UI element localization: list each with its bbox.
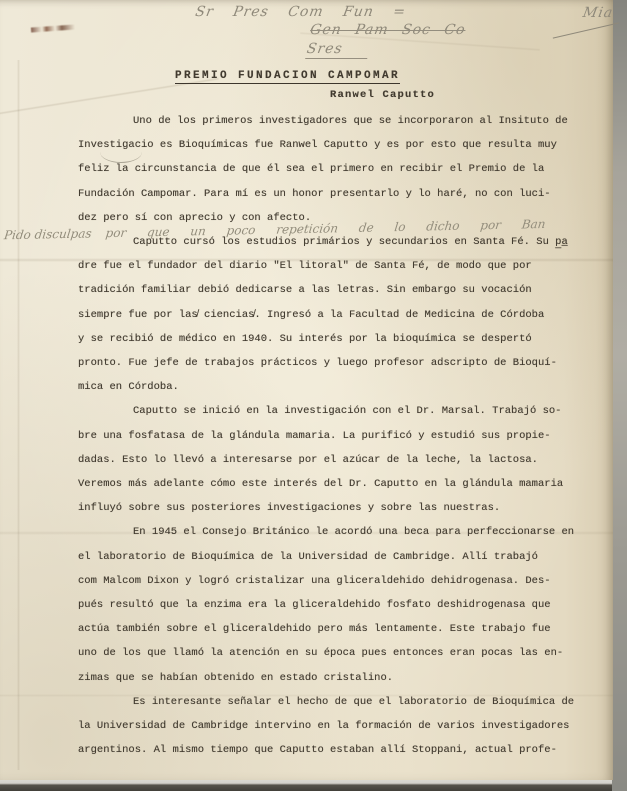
pencil-header-annotation: Sr Pres Com Fun = Gen Pam Soc Co Sres xyxy=(187,4,517,59)
paragraph-5: Es interesante señalar el hecho de que e… xyxy=(78,690,590,763)
paper-crease xyxy=(17,60,20,770)
ink-smudge xyxy=(31,24,75,32)
pencil-header-line1: Sr Pres Com Fun = xyxy=(194,4,517,20)
paragraph-4: En 1945 el Consejo Británico le acordó u… xyxy=(78,520,590,689)
pencil-header-line3: Sres xyxy=(305,41,370,59)
paragraph-1: Uno de los primeros investigadores que s… xyxy=(78,109,590,230)
pencil-corner-stroke xyxy=(553,22,619,38)
paragraph-2: Caputto cursó los estudios primários y s… xyxy=(78,230,590,399)
paragraph-3: Caputto se inició en la investigación co… xyxy=(78,399,590,520)
pencil-corner-word: Mia xyxy=(582,5,615,21)
document-title: PREMIO FUNDACION CAMPOMAR xyxy=(175,70,400,84)
document-author: Ranwel Caputto xyxy=(330,89,435,101)
scanned-page-photo: Sr Pres Com Fun = Gen Pam Soc Co Sres Mi… xyxy=(0,0,627,791)
photo-background-right-edge xyxy=(612,0,627,791)
pencil-header-line2: Gen Pam Soc Co xyxy=(309,22,514,38)
document-page: Sr Pres Com Fun = Gen Pam Soc Co Sres Mi… xyxy=(0,0,613,780)
document-body: Uno de los primeros investigadores que s… xyxy=(78,109,590,762)
